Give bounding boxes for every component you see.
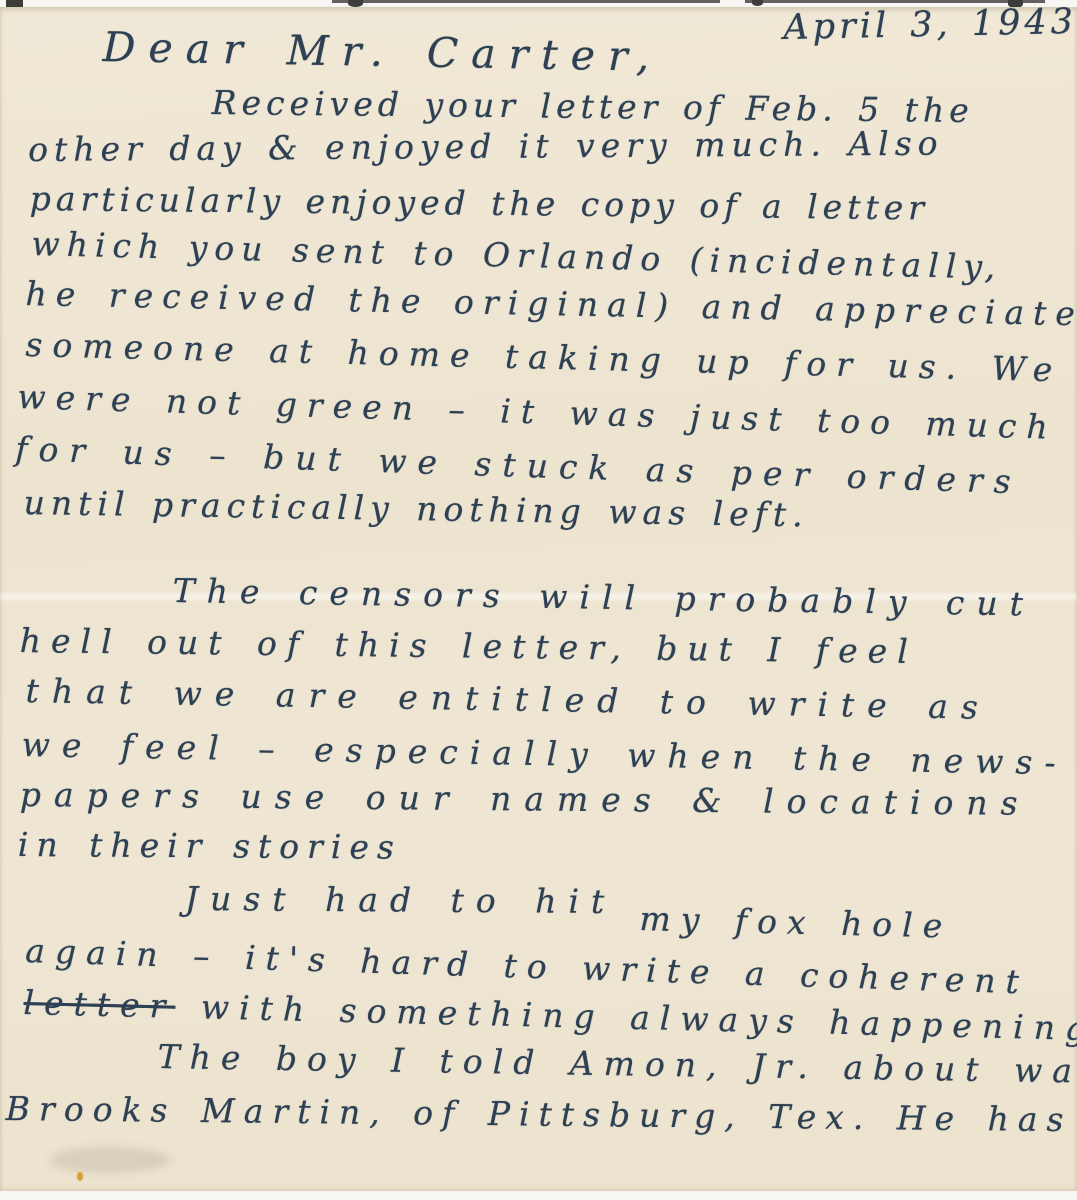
scanned-letter-page: April 3, 1943Dear Mr. Carter,Received yo… (0, 0, 1077, 1200)
scan-artifact-line-1 (332, 0, 720, 3)
handwriting-line: we feel – especially when the news- (21, 726, 1068, 782)
handwriting-text: The censors will probably cut (172, 571, 1035, 624)
handwriting-line: until practically nothing was left. (23, 484, 809, 534)
handwriting-line: my fox hole (639, 900, 953, 946)
handwriting-text: we feel – especially when the news- (21, 725, 1068, 782)
handwriting-line: in their stories (18, 826, 402, 867)
handwriting-text: The boy I told Amon, Jr. about was (157, 1037, 1077, 1091)
handwriting-text: Just had to hit (185, 879, 617, 921)
handwriting-text: someone at home taking up for us. We (25, 325, 1063, 389)
handwriting-line: Just had to hit (185, 880, 617, 921)
handwriting-line: hell out of this letter, but I feel (20, 622, 918, 671)
handwriting-text: in their stories (18, 825, 402, 867)
handwriting-line: particularly enjoyed the copy of a lette… (30, 180, 930, 227)
scan-artifact-mark-1 (348, 0, 363, 7)
handwriting-text: my fox hole (639, 899, 953, 946)
paper-smudge (50, 1147, 170, 1173)
paper-speck-orange (77, 1172, 83, 1181)
handwriting-text: Received your letter of Feb. 5 the (212, 83, 974, 130)
handwriting-line: other day & enjoyed it very much. Also (28, 125, 944, 169)
handwriting-line: papers use our names & locations (20, 776, 1031, 823)
handwriting-text: Brooks Martin, of Pittsburg, Tex. He has (6, 1089, 1073, 1139)
handwriting-line: The boy I told Amon, Jr. about was (157, 1038, 1077, 1091)
handwriting-line: someone at home taking up for us. We (25, 326, 1063, 389)
struck-word: letter (23, 983, 176, 1026)
handwriting-text: hell out of this letter, but I feel (20, 621, 918, 671)
salutation-line: Dear Mr. Carter, (102, 24, 662, 81)
letter-paper: April 3, 1943Dear Mr. Carter,Received yo… (0, 7, 1077, 1191)
handwriting-text: Dear Mr. Carter, (102, 23, 662, 81)
handwriting-text: particularly enjoyed the copy of a lette… (30, 179, 930, 227)
scan-artifact-mark-2 (752, 0, 763, 6)
handwriting-text: papers use our names & locations (20, 775, 1031, 823)
handwriting-text: other day & enjoyed it very much. Also (28, 124, 944, 169)
handwriting-text: until practically nothing was left. (23, 483, 809, 534)
handwriting-text: that we are entitled to write as (25, 671, 991, 727)
handwriting-line: that we are entitled to write as (25, 672, 991, 727)
handwriting-line: Brooks Martin, of Pittsburg, Tex. He has (6, 1090, 1073, 1139)
handwriting-text: April 3, 1943 (783, 2, 1077, 48)
date-line: April 3, 1943 (783, 2, 1077, 48)
handwriting-line: The censors will probably cut (172, 572, 1035, 623)
handwriting-line: Received your letter of Feb. 5 the (212, 84, 974, 130)
